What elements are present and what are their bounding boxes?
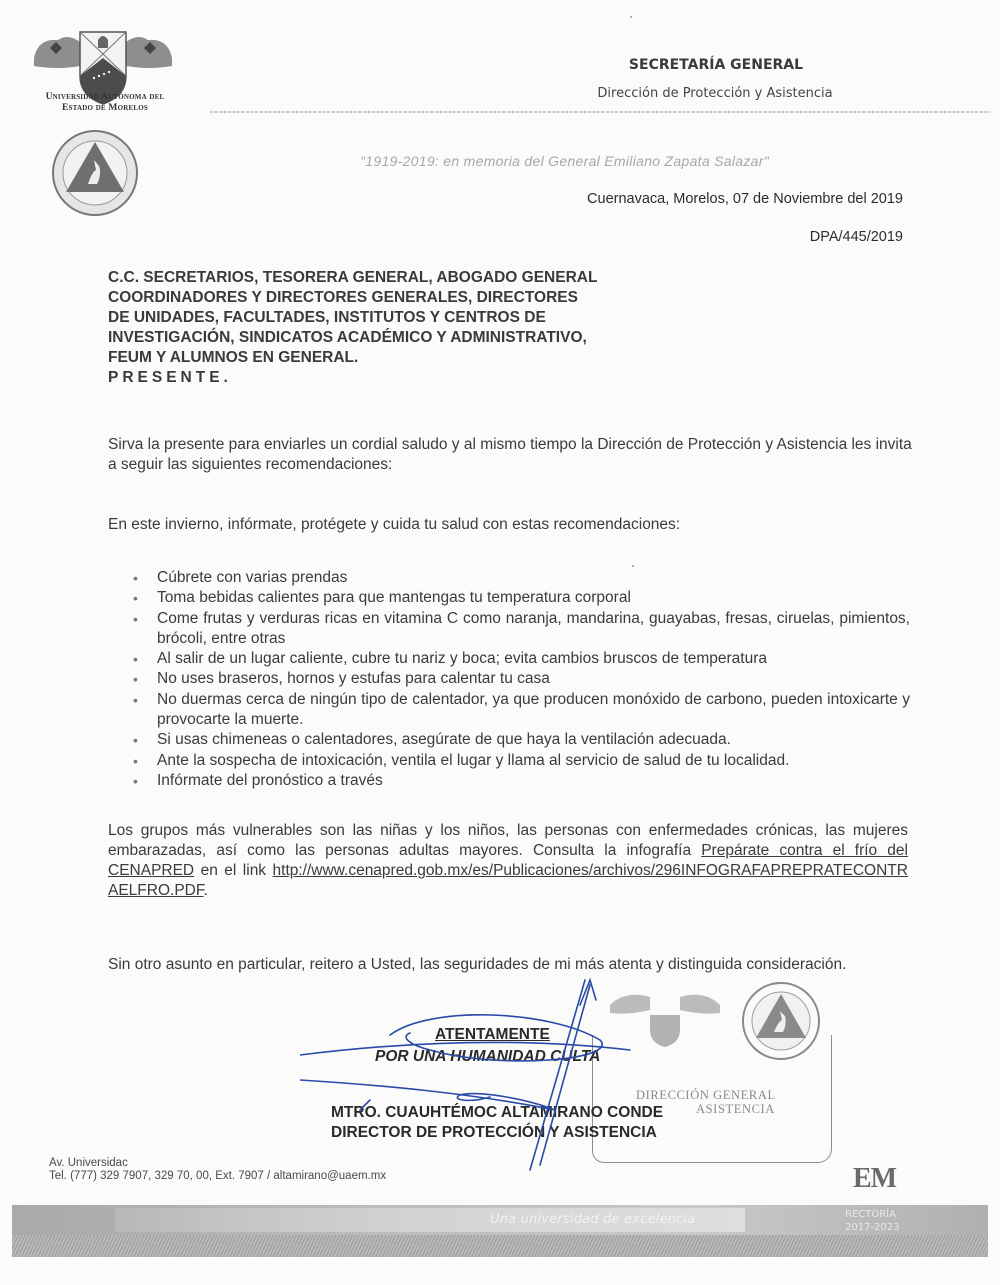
header-divider bbox=[210, 111, 990, 113]
recommendation-item: Al salir de un lugar caliente, cubre tu … bbox=[130, 649, 910, 669]
link-connector: en el link bbox=[201, 862, 266, 879]
department-title: SECRETARÍA GENERAL bbox=[560, 57, 872, 73]
rectoria-line1: RECTORÍA bbox=[845, 1208, 900, 1221]
commemorative-motto: "1919-2019: en memoria del General Emili… bbox=[360, 153, 920, 169]
recommendation-item: Infórmate del pronóstico a través bbox=[130, 771, 910, 791]
recommendation-item: Si usas chimeneas o calentadores, asegúr… bbox=[130, 730, 910, 750]
university-lema: POR UNA HUMANIDAD CULTA bbox=[375, 1048, 600, 1066]
stamp-line1: DIRECCIÓN GENERAL bbox=[636, 1088, 776, 1102]
university-name-line2: Estado de Morelos bbox=[20, 103, 190, 114]
footer-address: Av. Universidac bbox=[49, 1157, 386, 1170]
lead-paragraph: En este invierno, infórmate, protégete y… bbox=[108, 515, 918, 535]
subdepartment-title: Dirección de Protección y Asistencia bbox=[540, 86, 890, 101]
addressee-line: DE UNIDADES, FACULTADES, INSTITUTOS Y CE… bbox=[108, 308, 728, 328]
city-date: Cuernavaca, Morelos, 07 de Noviembre del… bbox=[587, 191, 903, 207]
closing-paragraph: Sin otro asunto en particular, reitero a… bbox=[108, 955, 911, 975]
addressee-line: FEUM Y ALUMNOS EN GENERAL. bbox=[108, 348, 728, 368]
recommendation-item: Ante la sospecha de intoxicación, ventil… bbox=[130, 751, 910, 771]
rectoria-line2: 2017-2023 bbox=[845, 1221, 900, 1234]
university-name-line1: Universidad Autónoma del bbox=[20, 92, 190, 103]
scan-speck bbox=[630, 16, 632, 18]
recommendation-item: Toma bebidas calientes para que mantenga… bbox=[130, 588, 910, 608]
signer-title: DIRECTOR DE PROTECCIÓN Y ASISTENCIA bbox=[331, 1124, 657, 1142]
recommendation-item: No duermas cerca de ningún tipo de calen… bbox=[130, 690, 910, 731]
addressee-block: C.C. SECRETARIOS, TESORERA GENERAL, ABOG… bbox=[108, 268, 728, 388]
vulnerable-groups-paragraph: Los grupos más vulnerables son las niñas… bbox=[108, 821, 908, 901]
addressee-line: COORDINADORES Y DIRECTORES GENERALES, DI… bbox=[108, 288, 728, 308]
footer-tagline: Una universidad de excelencia bbox=[490, 1212, 696, 1227]
signer-name: MTRO. CUAUHTÉMOC ALTAMIRANO CONDE bbox=[331, 1104, 663, 1122]
scan-speck bbox=[632, 565, 634, 567]
recommendation-item: Come frutas y verduras ricas en vitamina… bbox=[130, 609, 910, 650]
uaem-em-logo: EM bbox=[853, 1163, 896, 1195]
intro-paragraph: Sirva la presente para enviarles un cord… bbox=[108, 435, 918, 475]
university-name: Universidad Autónoma del Estado de Morel… bbox=[20, 92, 190, 114]
url-suffix: . bbox=[204, 882, 208, 899]
addressee-line: INVESTIGACIÓN, SINDICATOS ACADÉMICO Y AD… bbox=[108, 328, 728, 348]
salutation: ATENTAMENTE bbox=[435, 1026, 550, 1044]
civil-protection-seal-icon bbox=[50, 128, 140, 218]
addressee-line: C.C. SECRETARIOS, TESORERA GENERAL, ABOG… bbox=[108, 268, 728, 288]
rectoria-label: RECTORÍA 2017-2023 bbox=[845, 1208, 900, 1234]
presente-label: PRESENTE. bbox=[108, 368, 728, 388]
recommendation-item: No uses braseros, hornos y estufas para … bbox=[130, 669, 910, 689]
footer-contact: Av. Universidac Tel. (777) 329 7907, 329… bbox=[49, 1157, 386, 1183]
footer-phone-email: Tel. (777) 329 7907, 329 70, 00, Ext. 79… bbox=[49, 1170, 386, 1183]
reference-number: DPA/445/2019 bbox=[810, 229, 903, 245]
recommendations-list: Cúbrete con varias prendas Toma bebidas … bbox=[130, 568, 910, 791]
recommendation-item: Cúbrete con varias prendas bbox=[130, 568, 910, 588]
